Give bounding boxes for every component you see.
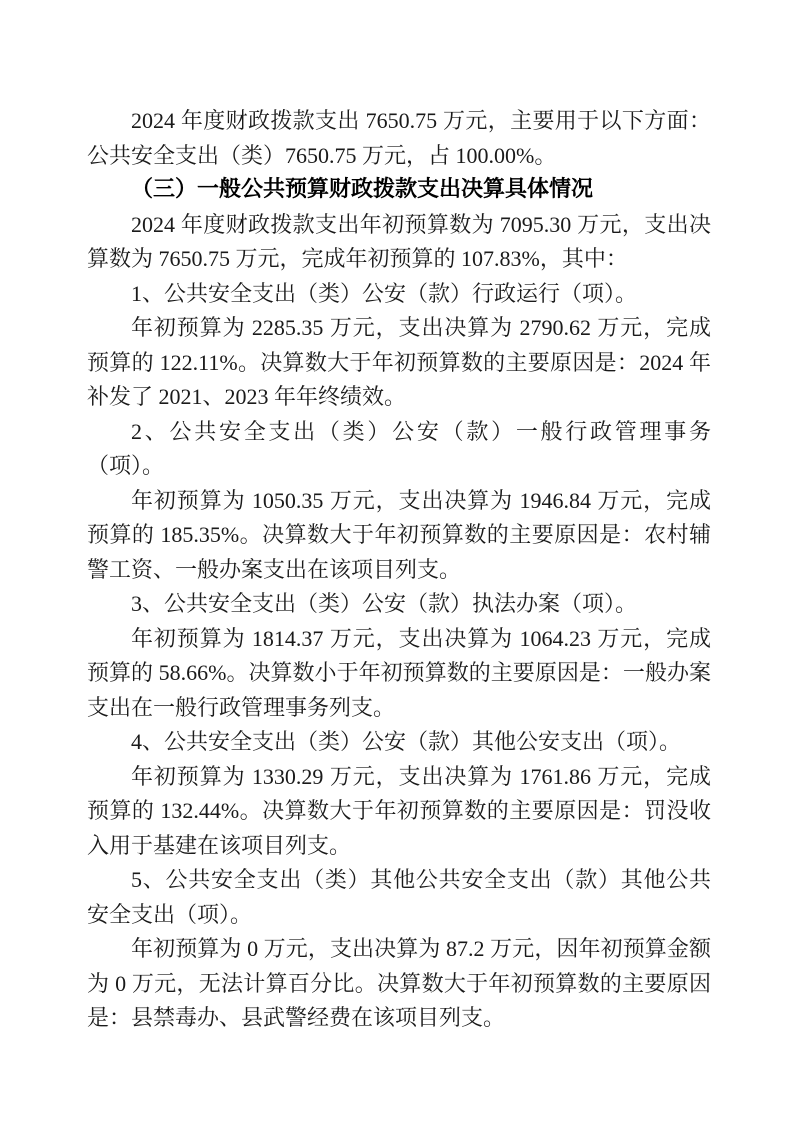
item-3-detail: 年初预算为 1814.37 万元，支出决算为 1064.23 万元，完成预算的 …	[87, 622, 711, 726]
item-4-detail: 年初预算为 1330.29 万元，支出决算为 1761.86 万元，完成预算的 …	[87, 760, 711, 864]
item-3-title-law-enforcement-cases: 3、公共安全支出（类）公安（款）执法办案（项）。	[87, 587, 711, 622]
item-5-detail: 年初预算为 0 万元，支出决算为 87.2 万元，因年初预算金额为 0 万元，无…	[87, 932, 711, 1036]
item-4-title-other-police-expenditure: 4、公共安全支出（类）公安（款）其他公安支出（项）。	[87, 725, 711, 760]
item-2-detail: 年初预算为 1050.35 万元，支出决算为 1946.84 万元，完成预算的 …	[87, 484, 711, 588]
item-2-title-general-admin-affairs: 2、公共安全支出（类）公安（款）一般行政管理事务（项）。	[87, 415, 711, 484]
para-budget-overview: 2024 年度财政拨款支出年初预算数为 7095.30 万元，支出决算数为 76…	[87, 208, 711, 277]
document-page: 2024 年度财政拨款支出 7650.75 万元，主要用于以下方面：公共安全支出…	[0, 0, 793, 1122]
para-fiscal-expenditure-summary: 2024 年度财政拨款支出 7650.75 万元，主要用于以下方面：公共安全支出…	[87, 104, 711, 173]
item-1-title-administrative-operation: 1、公共安全支出（类）公安（款）行政运行（项）。	[87, 277, 711, 312]
item-1-detail: 年初预算为 2285.35 万元，支出决算为 2790.62 万元，完成预算的 …	[87, 311, 711, 415]
item-5-title-other-public-safety: 5、公共安全支出（类）其他公共安全支出（款）其他公共安全支出（项）。	[87, 863, 711, 932]
section-heading-budget-details: （三）一般公共预算财政拨款支出决算具体情况	[87, 173, 711, 208]
